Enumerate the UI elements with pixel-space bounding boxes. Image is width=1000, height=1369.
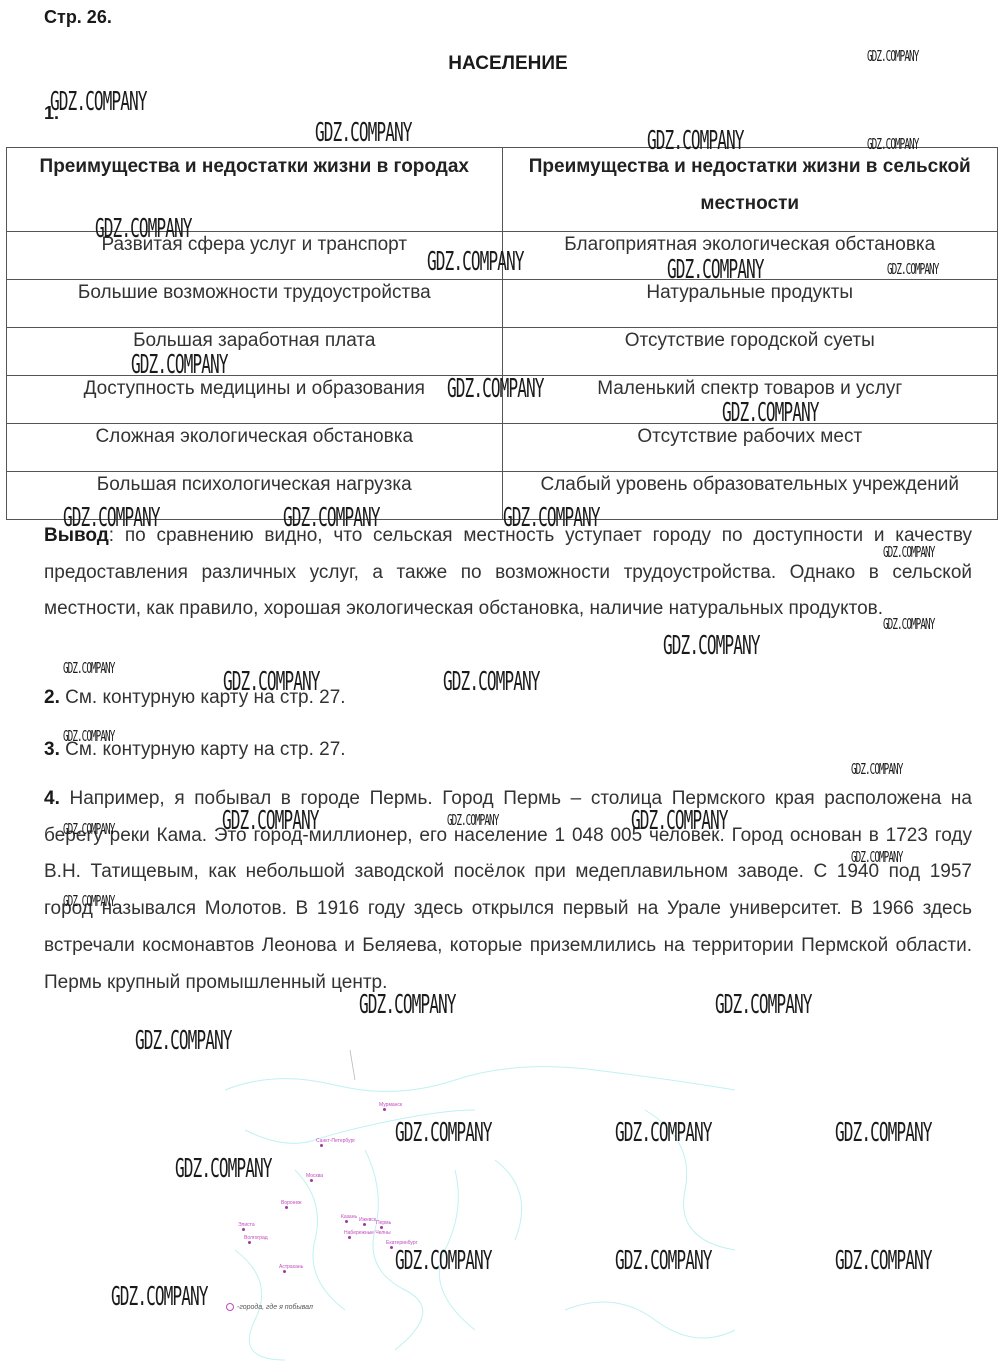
task-3: 3. См. контурную карту на стр. 27. <box>44 732 972 769</box>
city-marker-icon <box>283 1270 286 1273</box>
cell-rural: Натуральные продукты <box>502 280 998 328</box>
city-marker-icon <box>390 1246 393 1249</box>
city-label: Элиста <box>238 1222 255 1228</box>
city-label: Волгоград <box>244 1235 268 1241</box>
table-header-row: Преимущества и недостатки жизни в города… <box>7 148 998 232</box>
task-2-number: 2. <box>44 687 60 708</box>
cell-city: Большие возможности трудоустройства <box>7 280 503 328</box>
city-label: Набережные Челны <box>344 1230 391 1236</box>
header-rural: Преимущества и недостатки жизни в сельск… <box>502 148 998 232</box>
cell-city: Развитая сфера услуг и транспорт <box>7 232 503 280</box>
task-3-text: См. контурную карту на стр. 27. <box>60 739 346 760</box>
cell-city: Большая психологическая нагрузка <box>7 472 503 520</box>
task-4-number: 4. <box>44 788 60 809</box>
city-marker-icon <box>348 1236 351 1239</box>
table-row: Сложная экологическая обстановка Отсутст… <box>7 424 998 472</box>
task-2: 2. См. контурную карту на стр. 27. <box>44 680 972 717</box>
task-1-number: 1. <box>44 103 59 124</box>
watermark: GDZ.COMPANY <box>111 1282 208 1312</box>
circle-icon <box>226 1303 234 1311</box>
section-title: НАСЕЛЕНИЕ <box>0 53 1000 75</box>
page-label: Стр. 26. <box>44 7 112 28</box>
cell-rural: Отсутствие городской суеты <box>502 328 998 376</box>
city-marker-icon <box>345 1220 348 1223</box>
header-city: Преимущества и недостатки жизни в города… <box>7 148 503 232</box>
city-label: Ижевск <box>359 1217 376 1223</box>
watermark: GDZ.COMPANY <box>663 631 760 661</box>
watermark: GDZ.COMPANY <box>50 87 147 117</box>
contour-map: МурманскСанкт-ПетербургМоскваВоронежКаза… <box>215 1050 900 1369</box>
city-marker-icon <box>242 1228 245 1231</box>
cell-city: Доступность медицины и образования <box>7 376 503 424</box>
city-label: Москва <box>306 1173 323 1179</box>
map-rivers-icon <box>215 1050 900 1369</box>
cell-city: Сложная экологическая обстановка <box>7 424 503 472</box>
city-marker-icon <box>363 1223 366 1226</box>
comparison-table: Преимущества и недостатки жизни в города… <box>6 147 998 520</box>
task-4-text: Например, я побывал в городе Пермь. Горо… <box>44 788 972 993</box>
map-legend: -города, где я побывал <box>226 1303 313 1311</box>
city-marker-icon <box>248 1241 251 1244</box>
city-label: Пермь <box>376 1220 391 1226</box>
watermark: GDZ.COMPANY <box>315 118 412 148</box>
city-label: Астрахань <box>279 1264 303 1270</box>
cell-rural: Слабый уровень образовательных учреждени… <box>502 472 998 520</box>
cell-rural: Благоприятная экологическая обстановка <box>502 232 998 280</box>
task-4: 4. Например, я побывал в городе Пермь. Г… <box>44 781 972 1001</box>
conclusion-paragraph: Вывод: по сравнению видно, что сельская … <box>44 518 972 628</box>
cell-city: Большая заработная плата <box>7 328 503 376</box>
table-row: Большие возможности трудоустройства Нату… <box>7 280 998 328</box>
conclusion-text: : по сравнению видно, что сельская местн… <box>44 525 972 619</box>
cell-rural: Маленький спектр товаров и услуг <box>502 376 998 424</box>
table-row: Развитая сфера услуг и транспорт Благопр… <box>7 232 998 280</box>
legend-text: -города, где я побывал <box>237 1304 313 1311</box>
city-label: Воронеж <box>281 1200 302 1206</box>
city-label: Казань <box>341 1214 357 1220</box>
city-marker-icon <box>310 1179 313 1182</box>
table-row: Доступность медицины и образования Мален… <box>7 376 998 424</box>
task-2-text: См. контурную карту на стр. 27. <box>60 687 346 708</box>
city-marker-icon <box>320 1144 323 1147</box>
table-row: Большая заработная плата Отсутствие горо… <box>7 328 998 376</box>
city-marker-icon <box>380 1226 383 1229</box>
table-row: Большая психологическая нагрузка Слабый … <box>7 472 998 520</box>
watermark: GDZ.COMPANY <box>63 659 114 677</box>
city-marker-icon <box>285 1206 288 1209</box>
conclusion-label: Вывод <box>44 525 109 546</box>
cell-rural: Отсутствие рабочих мест <box>502 424 998 472</box>
city-label: Мурманск <box>379 1102 402 1108</box>
task-3-number: 3. <box>44 739 60 760</box>
city-marker-icon <box>383 1108 386 1111</box>
